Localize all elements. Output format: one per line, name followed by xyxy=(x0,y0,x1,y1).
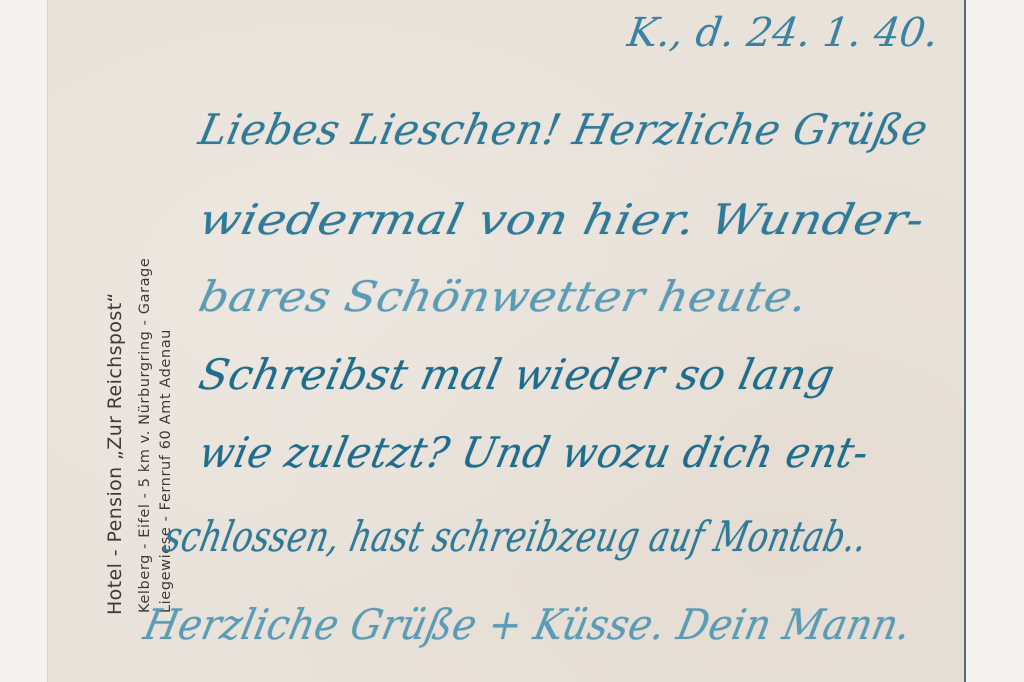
handwritten-date: K., d. 24. 1. 40. xyxy=(625,10,941,56)
handwritten-line-3: bares Schönwetter heute. xyxy=(195,272,813,321)
scan-background: · · · · · Hotel - Pension „Zur Reichspos… xyxy=(0,0,1024,682)
handwritten-line-4: Schreibst mal wieder so lang xyxy=(195,350,839,399)
handwritten-line-2: wiedermal von hier. Wunder- xyxy=(195,195,930,244)
handwritten-line-6: schlossen, hast schreibzeug auf Montab.. xyxy=(160,512,872,561)
imprint-hotel-name: Hotel - Pension „Zur Reichspost“ xyxy=(106,55,130,615)
imprint-location: Kelberg - Eifel - 5 km v. Nürburgring - … xyxy=(138,55,159,613)
handwritten-line-5: wie zuletzt? Und wozu dich ent- xyxy=(195,428,874,477)
postcard xyxy=(47,0,966,682)
printed-top-edge-fragment: · · · · · xyxy=(350,0,552,7)
handwritten-line-1: Liebes Lieschen! Herzliche Grüße xyxy=(195,105,933,154)
handwritten-line-7: Herzliche Grüße + Küsse. Dein Mann. xyxy=(140,600,916,649)
